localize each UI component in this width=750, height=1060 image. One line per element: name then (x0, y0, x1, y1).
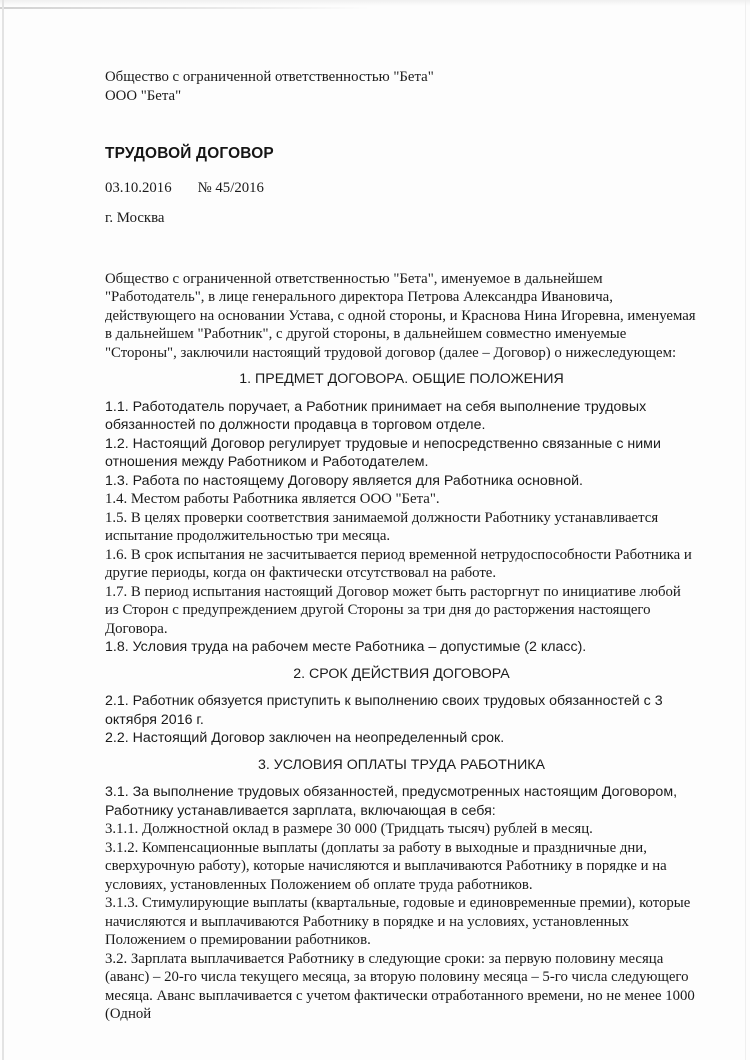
clause-1-8: 1.8. Условия труда на рабочем месте Рабо… (105, 638, 698, 657)
clause-1-2: 1.2. Настоящий Договор регулирует трудов… (105, 435, 698, 472)
clause-1-1: 1.1. Работодатель поручает, а Работник п… (105, 398, 698, 435)
section-pay: 3. УСЛОВИЯ ОПЛАТЫ ТРУДА РАБОТНИКА 3.1. З… (105, 756, 698, 1024)
document-page: Общество с ограниченной ответственностью… (0, 0, 750, 1060)
document-header: Общество с ограниченной ответственностью… (105, 68, 698, 228)
clause-3-1-1: 3.1.1. Должностной оклад в размере 30 00… (105, 820, 698, 839)
clause-3-1: 3.1. За выполнение трудовых обязанностей… (105, 783, 698, 820)
section-3-heading: 3. УСЛОВИЯ ОПЛАТЫ ТРУДА РАБОТНИКА (105, 756, 698, 775)
clause-3-1-2: 3.1.2. Компенсационные выплаты (доплаты … (105, 839, 698, 895)
preamble-paragraph: Общество с ограниченной ответственностью… (105, 270, 698, 363)
section-1-heading: 1. ПРЕДМЕТ ДОГОВОРА. ОБЩИЕ ПОЛОЖЕНИЯ (105, 370, 698, 389)
clause-1-5: 1.5. В целях проверки соответствия заним… (105, 509, 698, 546)
section-subject: 1. ПРЕДМЕТ ДОГОВОРА. ОБЩИЕ ПОЛОЖЕНИЯ 1.1… (105, 370, 698, 657)
document-city: г. Москва (105, 209, 698, 228)
clause-3-2: 3.2. Зарплата выплачивается Работнику в … (105, 950, 698, 1024)
company-name-short: ООО "Бета" (105, 87, 698, 106)
section-term: 2. СРОК ДЕЙСТВИЯ ДОГОВОРА 2.1. Работник … (105, 665, 698, 748)
clause-1-7: 1.7. В период испытания настоящий Догово… (105, 583, 698, 639)
clause-3-1-3: 3.1.3. Стимулирующие выплаты (квартальны… (105, 894, 698, 950)
section-2-heading: 2. СРОК ДЕЙСТВИЯ ДОГОВОРА (105, 665, 698, 684)
company-name-full: Общество с ограниченной ответственностью… (105, 68, 698, 87)
document-date-row: 03.10.2016 № 45/2016 (105, 179, 698, 198)
clause-2-1: 2.1. Работник обязуется приступить к вып… (105, 692, 698, 729)
document-date: 03.10.2016 (105, 179, 172, 198)
document-number: № 45/2016 (198, 179, 264, 198)
clause-1-6: 1.6. В срок испытания не засчитывается п… (105, 546, 698, 583)
document-title: ТРУДОВОЙ ДОГОВОР (105, 145, 698, 164)
clause-1-4: 1.4. Местом работы Работника является ОО… (105, 490, 698, 509)
clause-2-2: 2.2. Настоящий Договор заключен на неопр… (105, 729, 698, 748)
clause-1-3: 1.3. Работа по настоящему Договору являе… (105, 472, 698, 491)
